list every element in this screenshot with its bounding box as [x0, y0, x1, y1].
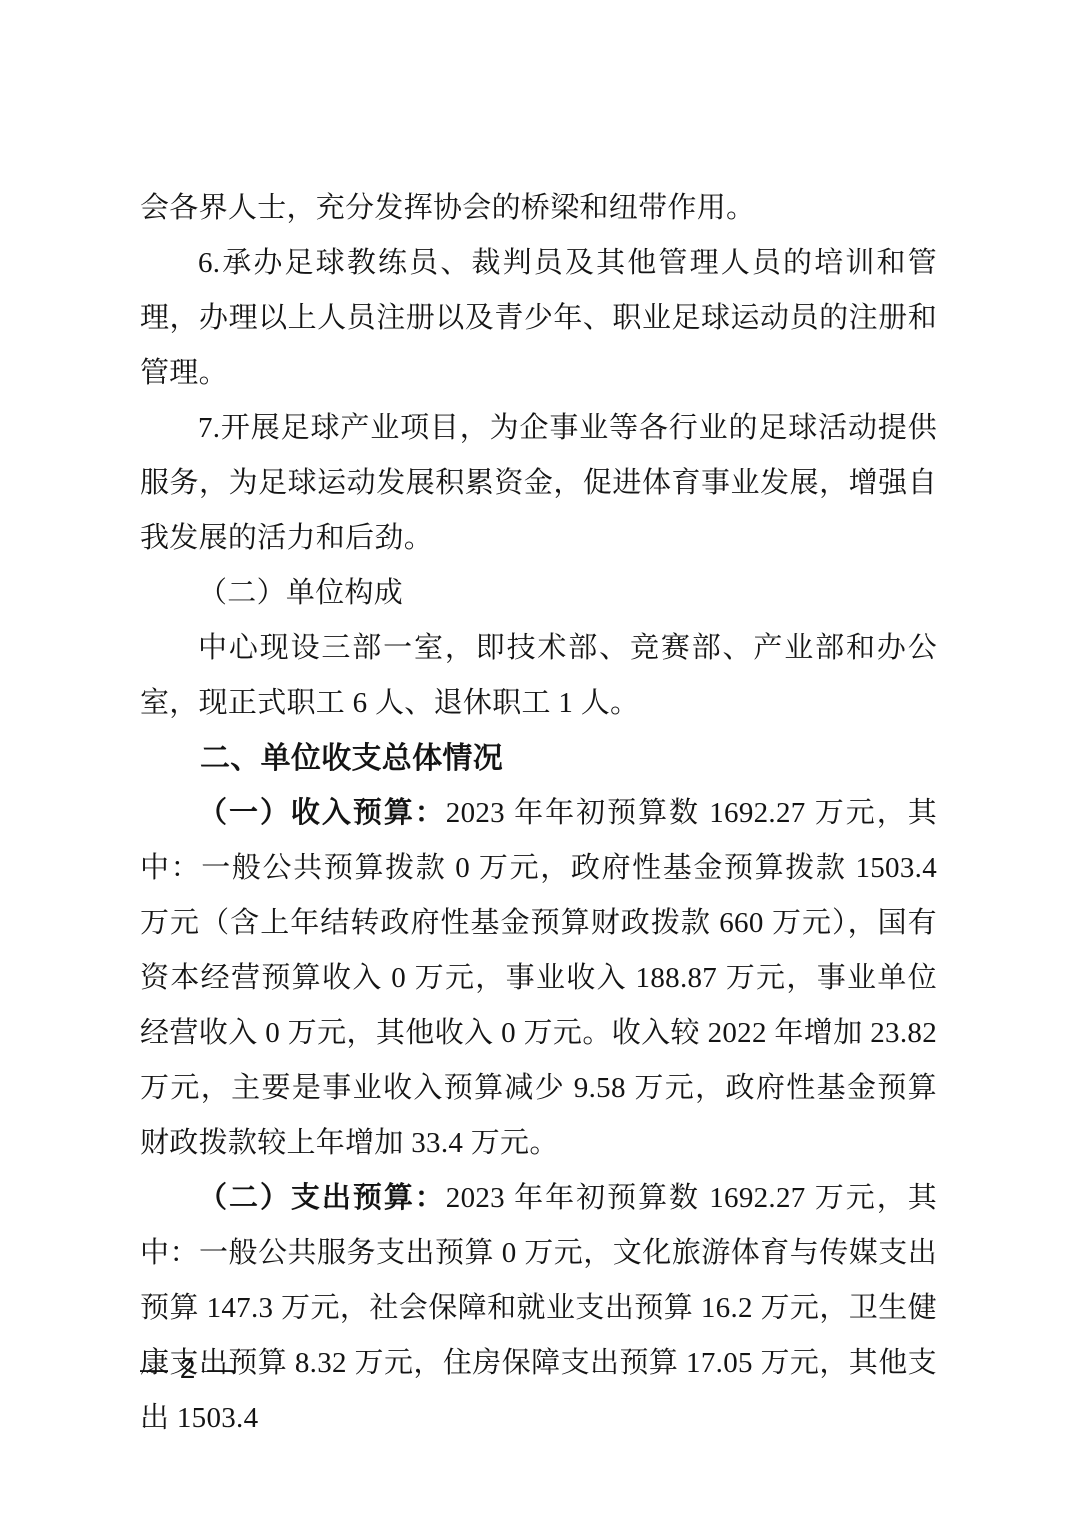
- paragraph-expense-budget: （二）支出预算：2023 年年初预算数 1692.27 万元，其中：一般公共服务…: [140, 1171, 937, 1446]
- paragraph-income-budget-text: 2023 年年初预算数 1692.27 万元，其中：一般公共预算拨款 0 万元，…: [140, 797, 937, 1159]
- paragraph-expense-budget-lead: （二）支出预算：: [198, 1182, 446, 1214]
- paragraph-continuation: 会各界人士，充分发挥协会的桥梁和纽带作用。: [140, 181, 937, 236]
- paragraph-expense-budget-text: 2023 年年初预算数 1692.27 万元，其中：一般公共服务支出预算 0 万…: [140, 1182, 937, 1434]
- subsection-heading-unit-composition: （二）单位构成: [140, 566, 937, 621]
- paragraph-item-6: 6.承办足球教练员、裁判员及其他管理人员的培训和管理，办理以上人员注册以及青少年…: [140, 236, 937, 401]
- paragraph-unit-composition: 中心现设三部一室，即技术部、竞赛部、产业部和办公室，现正式职工 6 人、退休职工…: [140, 621, 937, 731]
- section-heading-income-expense-overview: 二、单位收支总体情况: [140, 731, 937, 786]
- paragraph-income-budget-lead: （一）收入预算：: [198, 797, 446, 829]
- page-number: — 2 —: [140, 1349, 237, 1389]
- document-page: 会各界人士，充分发挥协会的桥梁和纽带作用。 6.承办足球教练员、裁判员及其他管理…: [0, 0, 1074, 1520]
- document-body: 会各界人士，充分发挥协会的桥梁和纽带作用。 6.承办足球教练员、裁判员及其他管理…: [140, 181, 937, 1446]
- paragraph-income-budget: （一）收入预算：2023 年年初预算数 1692.27 万元，其中：一般公共预算…: [140, 786, 937, 1171]
- paragraph-item-7: 7.开展足球产业项目，为企事业等各行业的足球活动提供服务，为足球运动发展积累资金…: [140, 401, 937, 566]
